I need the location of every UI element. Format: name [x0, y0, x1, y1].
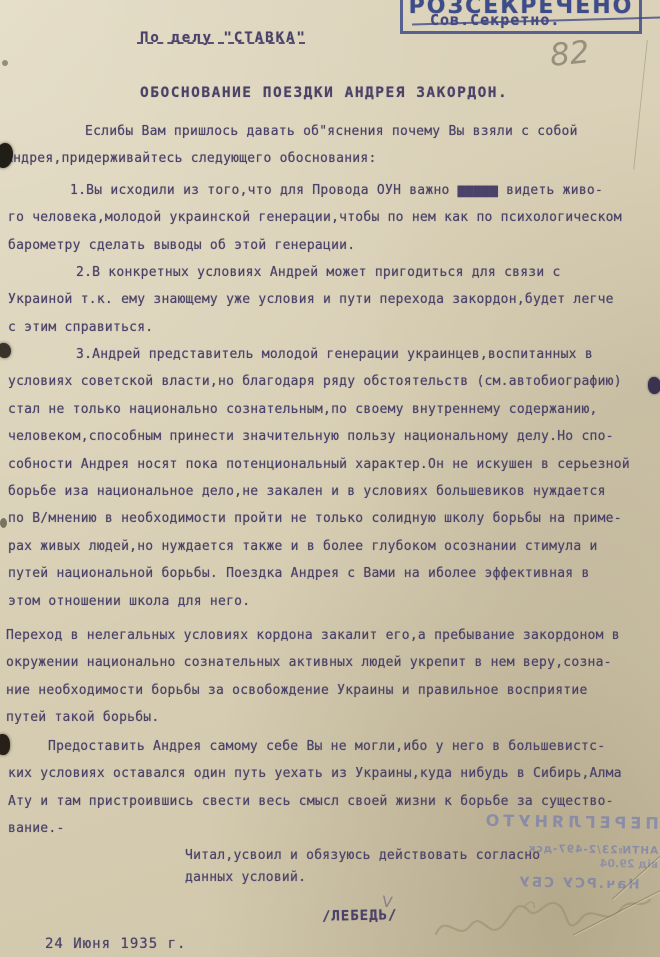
paper-speck-left [0, 518, 7, 528]
scanned-document-page: РОЗСЕКРЕЧЕНО Сов.Секретно. 82 По делу "С… [0, 0, 660, 957]
document-date: 24 Июня 1935 г. [45, 931, 186, 957]
handwritten-page-number: 82 [548, 34, 591, 74]
paper-speck-top [2, 60, 8, 66]
document-title: ОБОСНОВАНИЕ ПОЕЗДКИ АНДРЕЯ ЗАКОРДОН. [140, 80, 508, 107]
bleedthrough-stamp-line-1: ПЕРЕГЛЯНУТО [439, 810, 659, 833]
paragraph-intro: Еслибы Вам пришлось давать об"яснения по… [5, 118, 650, 173]
punch-hole-middle [0, 343, 11, 358]
case-reference: По делу "СТАВКА" [140, 25, 307, 52]
paragraph-transition: Переход в нелегальных условиях кордона з… [6, 622, 651, 732]
dashed-underline [137, 42, 305, 44]
bleedthrough-stamp-line-3: від 29.04 [438, 854, 658, 871]
ink-smear-right-edge [648, 377, 660, 394]
paragraph-point-3: 3.Андрей представитель молодой генерации… [8, 341, 653, 615]
paragraph-point-1: 1.Вы исходили из того,что для Провода ОУ… [8, 177, 653, 259]
paragraph-point-2: 2.В конкретных условиях Андрей может при… [8, 259, 653, 341]
